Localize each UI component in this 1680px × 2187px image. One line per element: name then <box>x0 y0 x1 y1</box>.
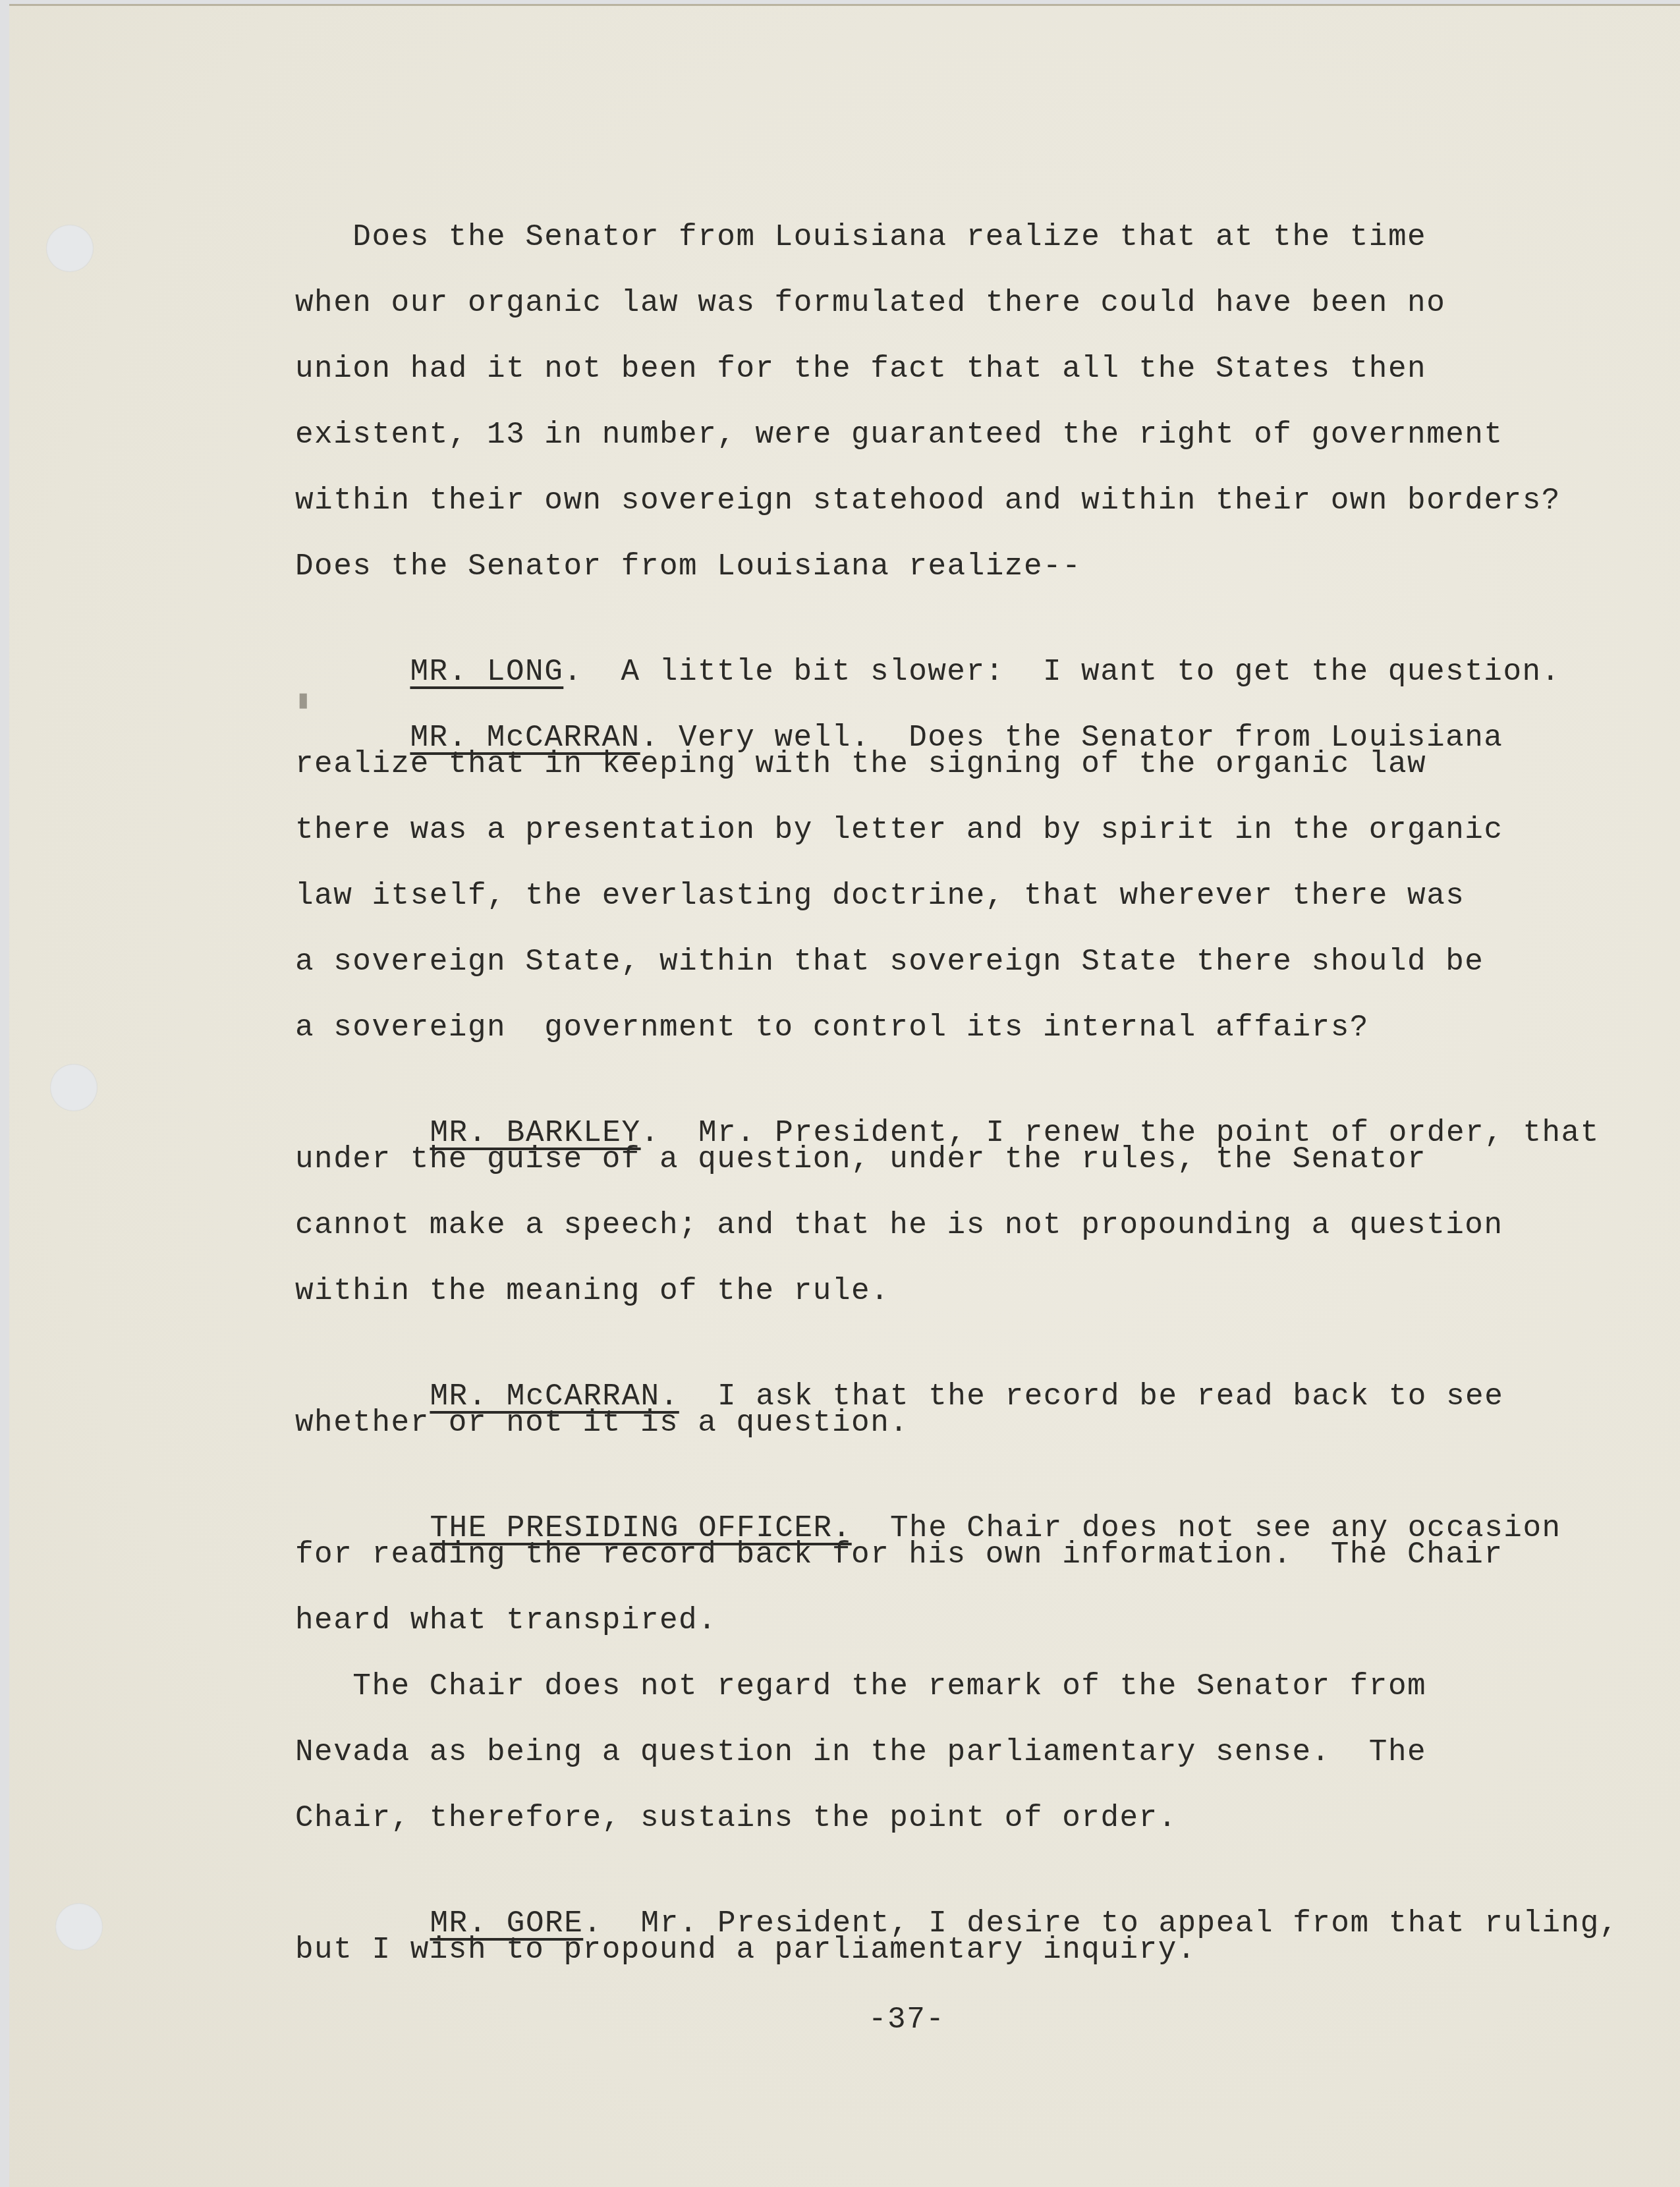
text-line: a sovereign government to control its in… <box>295 1008 1369 1047</box>
text-line: within the meaning of the rule. <box>295 1271 889 1311</box>
stray-mark: ▮ <box>298 688 309 713</box>
text-line: there was a presentation by letter and b… <box>295 810 1503 850</box>
punch-hole-top <box>46 225 94 272</box>
text-line: when our organic law was formulated ther… <box>295 283 1445 323</box>
speech-line: THE PRESIDING OFFICER. The Chair does no… <box>353 1469 1561 1509</box>
text-line: whether or not it is a question. <box>295 1403 909 1443</box>
speech-line: MR. McCARRAN. I ask that the record be r… <box>353 1337 1503 1377</box>
page-number: -37- <box>868 2003 945 2037</box>
text-line: law itself, the everlasting doctrine, th… <box>295 876 1465 916</box>
text-line: Does the Senator from Louisiana realize-… <box>295 547 1081 586</box>
text-line: existent, 13 in number, were guaranteed … <box>295 415 1503 455</box>
text-line: union had it not been for the fact that … <box>295 349 1426 389</box>
text-line: realize that in keeping with the signing… <box>295 744 1426 784</box>
speech-line: MR. LONG. A little bit slower: I want to… <box>333 613 1561 652</box>
speech-line: MR. GORE. Mr. President, I desire to app… <box>353 1864 1619 1904</box>
speech-line: MR. BARKLEY. Mr. President, I renew the … <box>353 1074 1600 1113</box>
text-line: Chair, therefore, sustains the point of … <box>295 1798 1177 1838</box>
text-line: but I wish to propound a parliamentary i… <box>295 1930 1196 1970</box>
text-line: Does the Senator from Louisiana realize … <box>295 217 1426 257</box>
punch-hole-middle <box>50 1064 98 1111</box>
text-line: for reading the record back for his own … <box>295 1535 1503 1574</box>
text-line: a sovereign State, within that sovereign… <box>295 942 1484 982</box>
text-line: heard what transpired. <box>295 1601 717 1640</box>
text-line: cannot make a speech; and that he is not… <box>295 1205 1503 1245</box>
text-line: under the guise of a question, under the… <box>295 1140 1426 1179</box>
text-line: Nevada as being a question in the parlia… <box>295 1732 1426 1772</box>
text-line: The Chair does not regard the remark of … <box>295 1667 1426 1706</box>
punch-hole-bottom <box>55 1903 103 1951</box>
speech-line: MR. McCARRAN. Very well. Does the Senato… <box>333 678 1503 718</box>
text-line: within their own sovereign statehood and… <box>295 481 1561 520</box>
